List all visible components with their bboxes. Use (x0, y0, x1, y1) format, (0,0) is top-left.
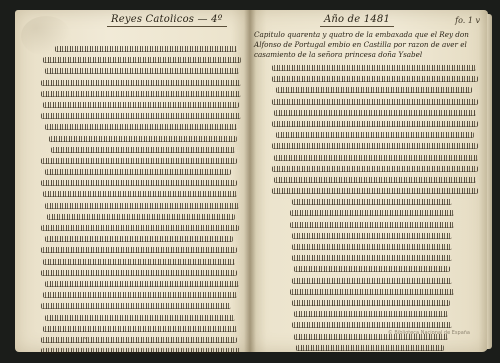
handwriting-ink (41, 247, 237, 253)
handwriting-ink (276, 87, 472, 93)
handwriting-ink (296, 345, 444, 351)
manuscript-line (272, 297, 480, 308)
handwriting-ink (274, 177, 476, 183)
manuscript-line (272, 263, 480, 274)
manuscript-line (41, 110, 241, 121)
manuscript-line (272, 286, 480, 297)
handwriting-ink (290, 222, 454, 228)
manuscript-line (272, 230, 480, 241)
manuscript-line (272, 152, 480, 163)
handwriting-ink (272, 188, 478, 194)
manuscript-line (41, 43, 241, 54)
manuscript-line (41, 323, 241, 334)
manuscript-line (272, 219, 480, 230)
manuscript-line (41, 278, 241, 289)
manuscript-line (41, 121, 241, 132)
handwriting-ink (43, 102, 239, 108)
right-page: Año de 1481 fo. 1 v Capitulo quarenta y … (250, 10, 488, 352)
handwriting-ink (274, 110, 476, 116)
handwriting-ink (290, 289, 454, 295)
handwriting-ink (272, 121, 478, 127)
manuscript-line (41, 54, 241, 65)
manuscript-line (41, 312, 241, 323)
manuscript-line (41, 211, 241, 222)
manuscript-line (272, 342, 480, 353)
handwriting-ink (292, 199, 452, 205)
handwriting-ink (272, 166, 478, 172)
manuscript-line (272, 196, 480, 207)
manuscript-line (272, 62, 480, 73)
manuscript-line (41, 334, 241, 345)
left-page: Reyes Catolicos — 4º ~ (15, 10, 250, 352)
handwriting-ink (45, 281, 239, 287)
manuscript-line (272, 241, 480, 252)
handwriting-ink (292, 322, 452, 328)
handwriting-ink (41, 180, 237, 186)
handwriting-ink (43, 57, 241, 63)
manuscript-line (41, 65, 241, 76)
manuscript-line (272, 163, 480, 174)
handwriting-ink (292, 255, 452, 261)
handwriting-ink (43, 292, 237, 298)
manuscript-line (272, 118, 480, 129)
handwriting-ink (45, 315, 235, 321)
bottom-mark: ~ (83, 335, 88, 342)
handwriting-ink (41, 348, 241, 354)
handwriting-ink (272, 143, 478, 149)
left-page-text (41, 43, 241, 356)
handwriting-ink (45, 169, 231, 175)
manuscript-line (41, 99, 241, 110)
manuscript-line (41, 256, 241, 267)
manuscript-line (41, 155, 241, 166)
handwriting-ink (292, 300, 450, 306)
manuscript-line (41, 200, 241, 211)
manuscript-line (41, 244, 241, 255)
handwriting-ink (41, 91, 241, 97)
handwriting-ink (45, 236, 233, 242)
handwriting-ink (294, 266, 450, 272)
manuscript-line (272, 319, 480, 330)
handwriting-ink (43, 259, 235, 265)
manuscript-line (272, 140, 480, 151)
left-page-header: Reyes Catolicos — 4º (107, 14, 227, 27)
manuscript-line (41, 289, 241, 300)
handwriting-ink (272, 99, 478, 105)
manuscript-line (41, 267, 241, 278)
manuscript-line (41, 300, 241, 311)
manuscript-line (272, 275, 480, 286)
handwriting-ink (274, 155, 478, 161)
handwriting-ink (45, 68, 239, 74)
manuscript-line (272, 107, 480, 118)
manuscript-line (41, 166, 241, 177)
handwriting-ink (292, 244, 452, 250)
manuscript-line (272, 84, 480, 95)
handwriting-ink (276, 132, 474, 138)
handwriting-ink (41, 225, 239, 231)
handwriting-ink (41, 113, 241, 119)
handwriting-ink (290, 210, 454, 216)
handwriting-ink (292, 278, 452, 284)
chapter-rubric: Capitulo quarenta y quatro de la embaxad… (254, 30, 480, 60)
manuscript-line (41, 345, 241, 356)
handwriting-ink (272, 76, 478, 82)
right-page-text (272, 62, 480, 353)
manuscript-line (41, 233, 241, 244)
handwriting-ink (43, 326, 237, 332)
handwriting-ink (49, 136, 237, 142)
manuscript-line (272, 207, 480, 218)
handwriting-ink (51, 147, 235, 153)
handwriting-ink (272, 65, 476, 71)
handwriting-ink (55, 46, 237, 52)
manuscript-line (272, 252, 480, 263)
handwriting-ink (47, 214, 235, 220)
book-gutter (244, 10, 256, 352)
manuscript-line (272, 174, 480, 185)
manuscript-line (41, 144, 241, 155)
manuscript-line (41, 88, 241, 99)
handwriting-ink (41, 303, 231, 309)
manuscript-line (41, 133, 241, 144)
manuscript-line (272, 96, 480, 107)
handwriting-ink (45, 124, 237, 130)
manuscript-line (272, 185, 480, 196)
handwriting-ink (41, 158, 237, 164)
manuscript-line (272, 73, 480, 84)
manuscript-line (272, 129, 480, 140)
manuscript-line (272, 308, 480, 319)
manuscript-line (41, 188, 241, 199)
manuscript-line (41, 177, 241, 188)
manuscript-line (41, 77, 241, 88)
handwriting-ink (43, 191, 237, 197)
handwriting-ink (45, 203, 239, 209)
library-watermark: © Biblioteca Nacional de España (388, 330, 470, 336)
handwriting-ink (294, 311, 448, 317)
right-page-header: Año de 1481 (320, 14, 394, 27)
handwriting-ink (41, 80, 241, 86)
handwriting-ink (292, 233, 452, 239)
manuscript-line (41, 222, 241, 233)
book-spread: Reyes Catolicos — 4º ~ Año de 1481 fo. 1… (15, 10, 491, 352)
handwriting-ink (41, 337, 237, 343)
folio-number: fo. 1 v (455, 16, 480, 25)
handwriting-ink (41, 270, 237, 276)
